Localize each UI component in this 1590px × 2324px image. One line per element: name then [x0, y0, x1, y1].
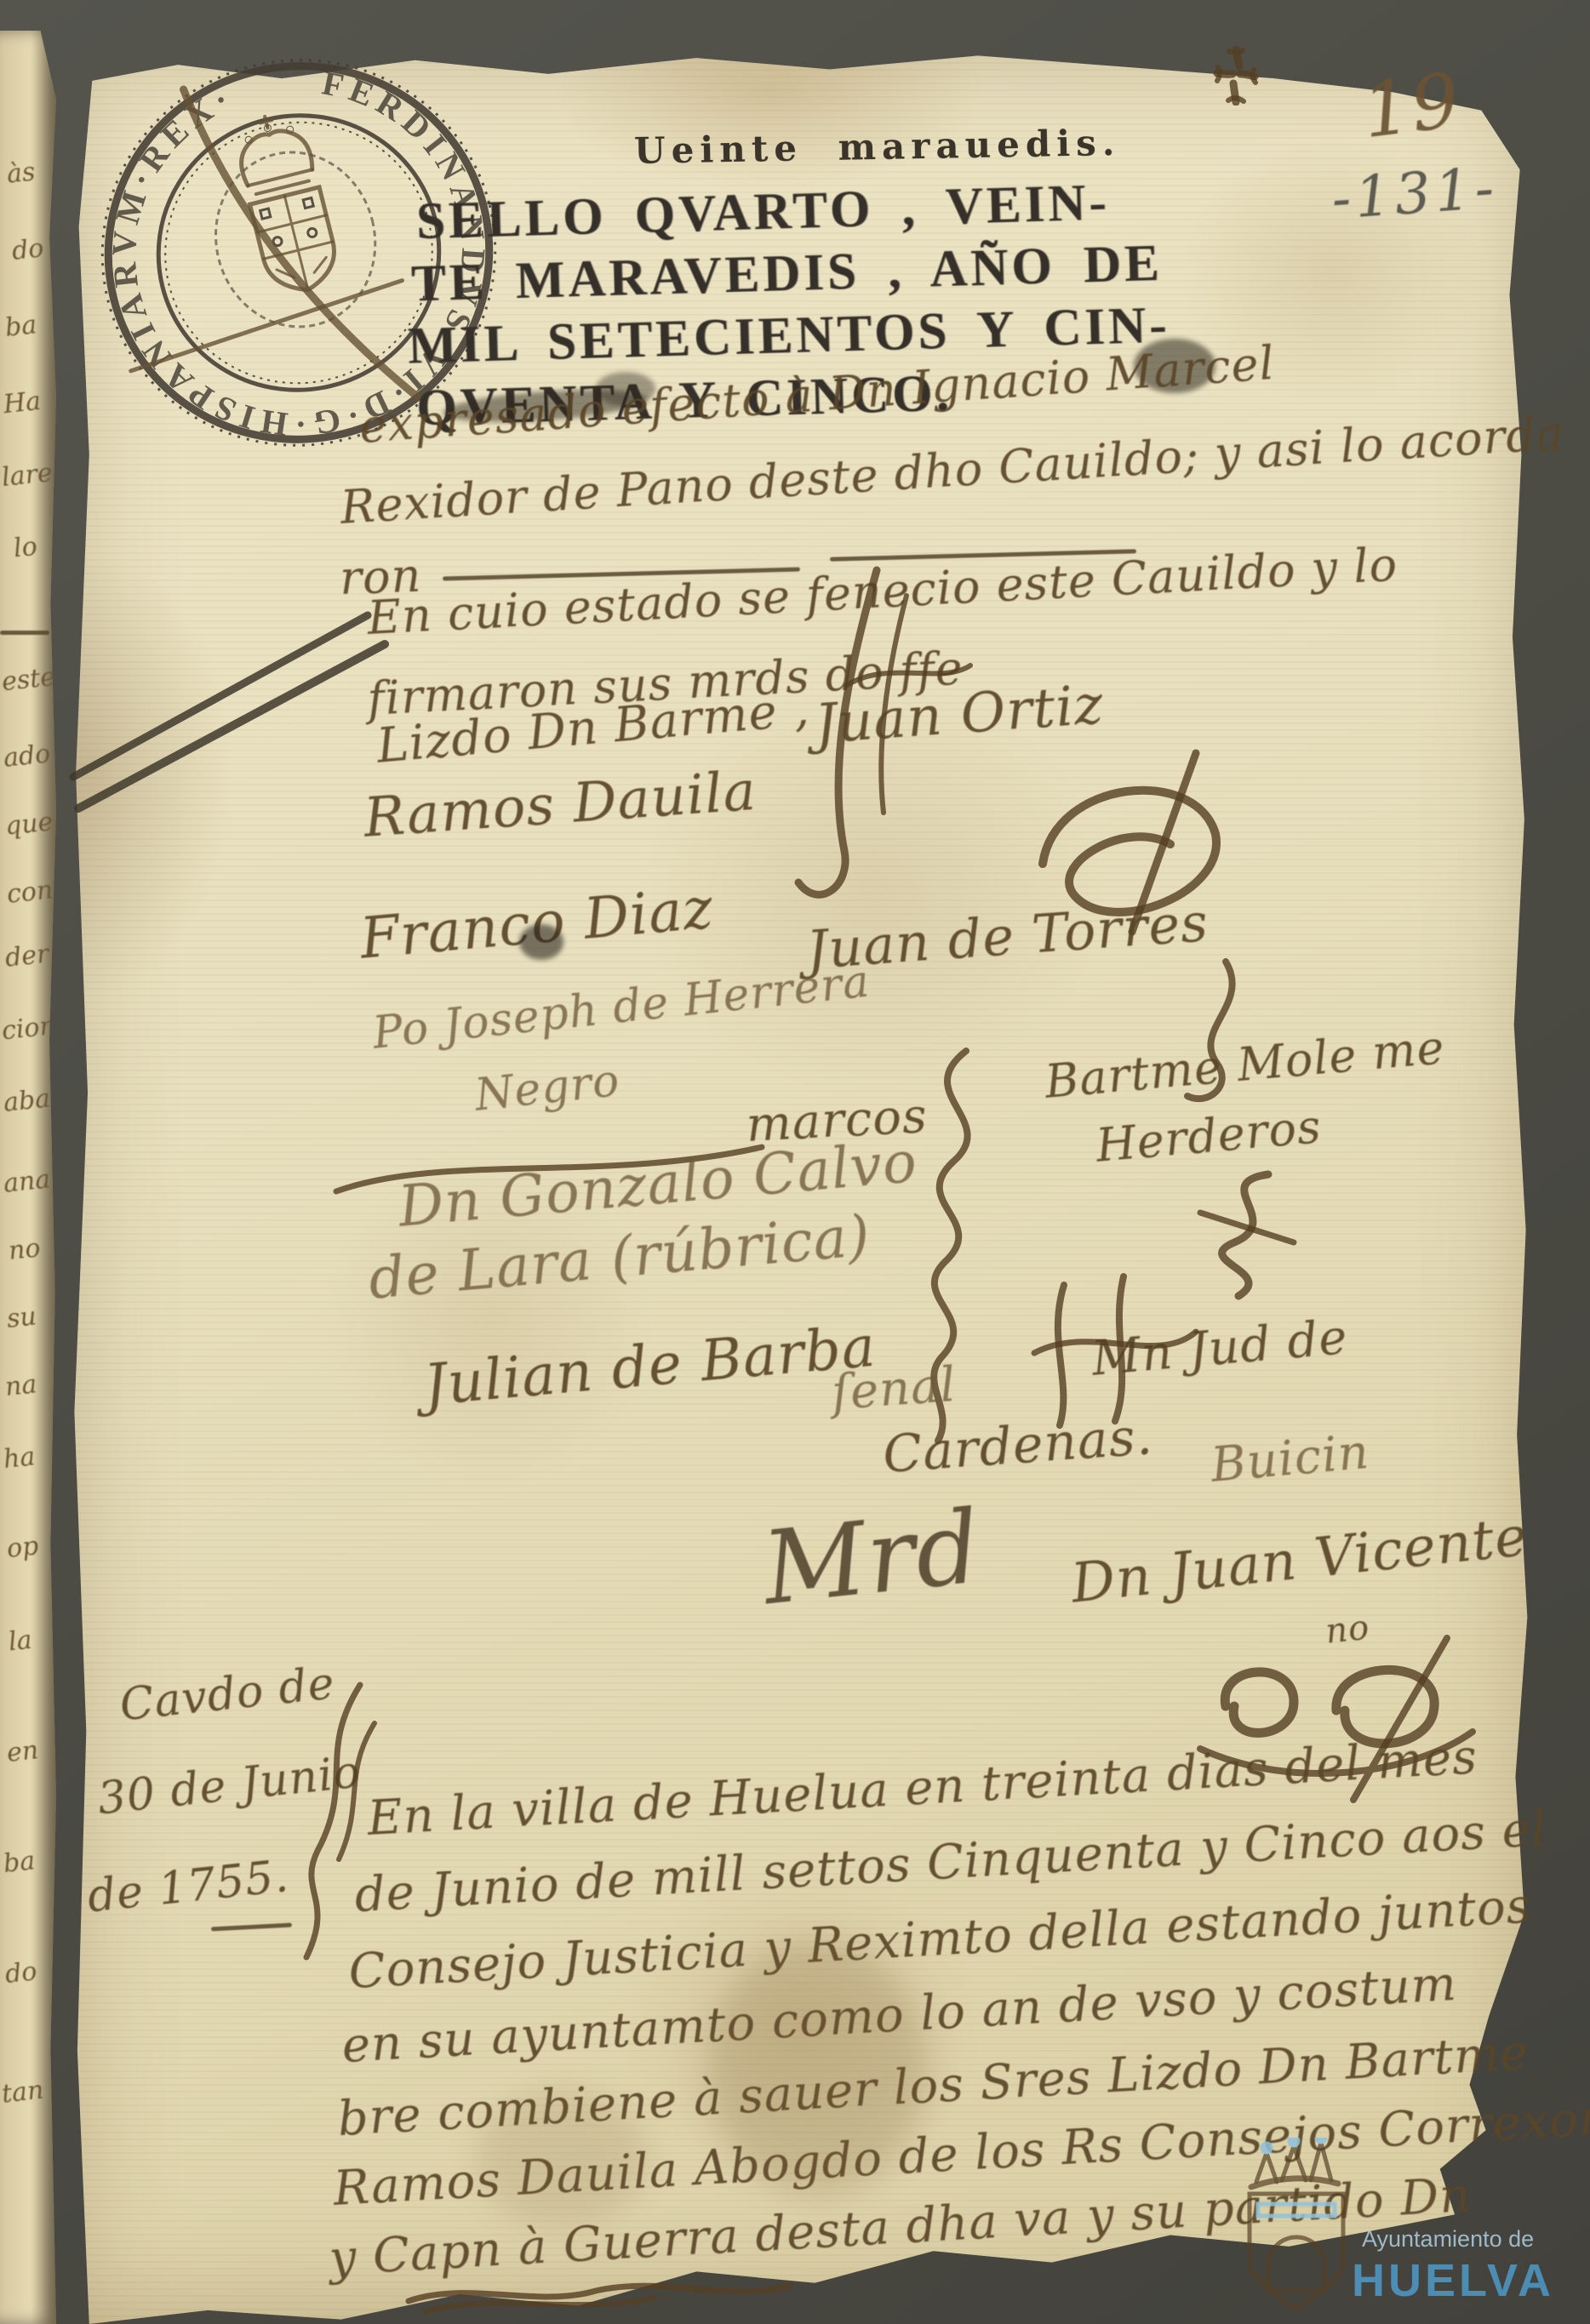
manuscript-scan: às do ba Ha lare lo este ado que con der… [0, 0, 1590, 2324]
tax-stamp-line: Ueinte marauedis. [634, 122, 1121, 172]
word-senal: ſenal [830, 1357, 958, 1421]
page-fragment: ana [2, 1164, 51, 1199]
page-fragment: en [5, 1735, 40, 1768]
watermark-text-large: HUELVA [1352, 2255, 1554, 2306]
cross-icon [1210, 46, 1261, 106]
page-fragment: que [3, 807, 54, 842]
fragment-rule [0, 631, 49, 635]
page-fragment: lo [12, 532, 38, 564]
watermark-text-small: Ayuntamiento de [1362, 2226, 1534, 2252]
page-fragment: der [3, 939, 50, 973]
page-fragment: lare [0, 458, 54, 493]
page-fragment: este [0, 662, 56, 697]
page-fragment: aba [2, 1083, 51, 1118]
page-fragment: op [5, 1531, 40, 1564]
signature-mrd: Mrd [758, 1487, 987, 1627]
cancel-strokes [68, 608, 400, 830]
page-fragment: con [5, 875, 54, 909]
archive-number: -131- [1330, 155, 1500, 231]
page-fragment: ha [2, 1442, 37, 1475]
page-fragment: do [3, 1956, 38, 1990]
huelva-watermark: Ayuntamiento de HUELVA [1233, 2138, 1590, 2324]
page-fragment: na [3, 1369, 38, 1402]
page-fragment: do [10, 233, 45, 266]
page-fragment: cion [0, 1011, 57, 1046]
stain [477, 2089, 647, 2225]
closing-underline [400, 2274, 800, 2316]
stain [706, 1940, 928, 2196]
folio-number: 19 [1358, 56, 1465, 155]
page-fragment: às [5, 157, 37, 189]
page-fragment: no [7, 1233, 42, 1266]
page-fragment: la [7, 1625, 33, 1658]
page-fragment: Ha [2, 386, 42, 420]
previous-page-edge: às do ba Ha lare lo este ado que con der… [0, 31, 56, 2324]
page-fragment: tan [0, 2076, 45, 2110]
page-fragment: ba [2, 1846, 37, 1879]
page-fragment: ba [3, 310, 38, 343]
page-fragment: ado [2, 739, 52, 774]
page-fragment: su [5, 1301, 37, 1333]
ink-blot [519, 924, 563, 960]
